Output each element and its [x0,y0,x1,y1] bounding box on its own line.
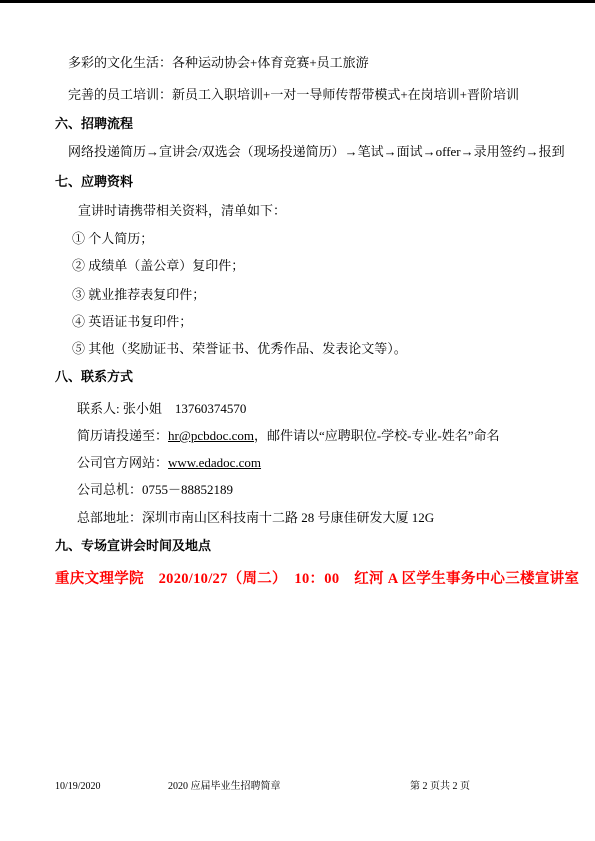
contact-phone-line: 公司总机：0755－88852189 [77,483,233,498]
page-top-border [0,0,595,3]
footer-doc-title: 2020 应届毕业生招聘简章 [168,781,281,793]
seminar-detail: 重庆文理学院 2020/10/27（周二） 10：00 红河 A 区学生事务中心… [55,571,579,588]
section-heading-application-materials: 七、应聘资料 [55,175,133,190]
section-heading-seminar: 九、专场宣讲会时间及地点 [55,539,211,554]
recruitment-process-flow: 网络投递简历→宣讲会/双选会（现场投递简历）→笔试→面试→offer→录用签约→… [68,145,565,160]
welfare-culture-line: 多彩的文化生活：各种运动协会+体育竞赛+员工旅游 [68,56,369,71]
contact-person-line: 联系人: 张小姐 13760374570 [77,402,246,417]
welfare-training-line: 完善的员工培训：新员工入职培训+一对一导师传帮带模式+在岗培训+晋阶培训 [68,88,519,103]
materials-item-4: ④ 英语证书复印件； [72,315,192,330]
section-heading-contact: 八、联系方式 [55,370,133,385]
contact-resume-line: 简历请投递至：hr@pcbdoc.com，邮件请以“应聘职位-学校-专业-姓名”… [77,429,500,444]
materials-item-3: ③ 就业推荐表复印件； [72,288,205,303]
materials-intro: 宣讲时请携带相关资料，清单如下： [78,204,286,219]
resume-prefix-text: 简历请投递至： [77,428,168,443]
materials-item-2: ② 成绩单（盖公章）复印件； [72,259,244,274]
document-page: 多彩的文化生活：各种运动协会+体育竞赛+员工旅游 完善的员工培训：新员工入职培训… [0,0,595,841]
contact-website-line: 公司官方网站：www.edadoc.com [77,456,261,471]
footer-date: 10/19/2020 [55,781,101,793]
website-prefix-text: 公司官方网站： [77,455,168,470]
materials-item-5: ⑤ 其他（奖励证书、荣誉证书、优秀作品、发表论文等）。 [72,342,407,357]
contact-address-line: 总部地址：深圳市南山区科技南十二路 28 号康佳研发大厦 12G [77,511,434,526]
resume-suffix-text: ，邮件请以“应聘职位-学校-专业-姓名”命名 [254,428,500,443]
email-link[interactable]: hr@pcbdoc.com [168,428,254,443]
footer-page-info: 第 2 页共 2 页 [410,781,470,793]
materials-item-1: ① 个人简历； [72,232,153,247]
section-heading-recruitment-process: 六、招聘流程 [55,117,133,132]
website-link[interactable]: www.edadoc.com [168,455,261,470]
